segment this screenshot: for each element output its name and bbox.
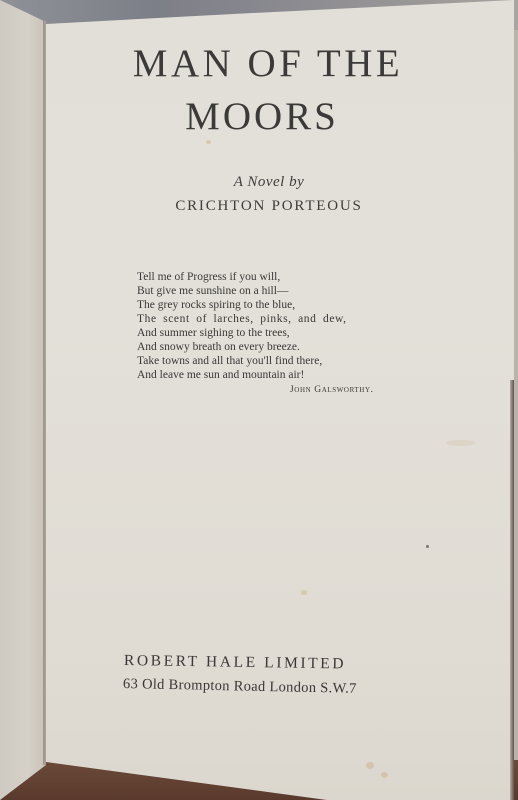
foxing-spot <box>206 140 211 144</box>
facing-endpaper <box>0 0 46 800</box>
poem-line: The scent of larches, pinks, and dew, <box>137 312 407 326</box>
foxing-spot <box>366 762 374 769</box>
poem-line: The grey rocks spiring to the blue, <box>137 298 407 312</box>
poem-line: And summer sighing to the trees, <box>137 326 407 340</box>
poem-line: And snowy breath on every breeze. <box>137 340 407 354</box>
epigraph-attribution: John Galsworthy. <box>290 385 374 395</box>
paper-stain <box>446 440 476 446</box>
foxing-spot <box>301 590 307 595</box>
poem-line: Tell me of Progress if you will, <box>137 270 407 284</box>
book-title-line-2: MOORS <box>42 97 482 136</box>
author-name: CRICHTON PORTEOUS <box>46 198 492 215</box>
subtitle: A Novel by <box>46 174 492 191</box>
poem-line: Take towns and all that you'll find ther… <box>137 354 407 368</box>
ink-speck <box>426 545 429 548</box>
page-right-edge <box>510 380 514 800</box>
publisher-name: ROBERT HALE LIMITED <box>124 652 346 673</box>
epigraph-poem: Tell me of Progress if you will, But giv… <box>137 270 407 382</box>
book-title-line-1: MAN OF THE <box>48 44 488 83</box>
poem-line: But give me sunshine on a hill— <box>137 284 407 298</box>
poem-line: And leave me sun and mountain air! <box>137 368 407 382</box>
foxing-spot <box>381 772 388 778</box>
